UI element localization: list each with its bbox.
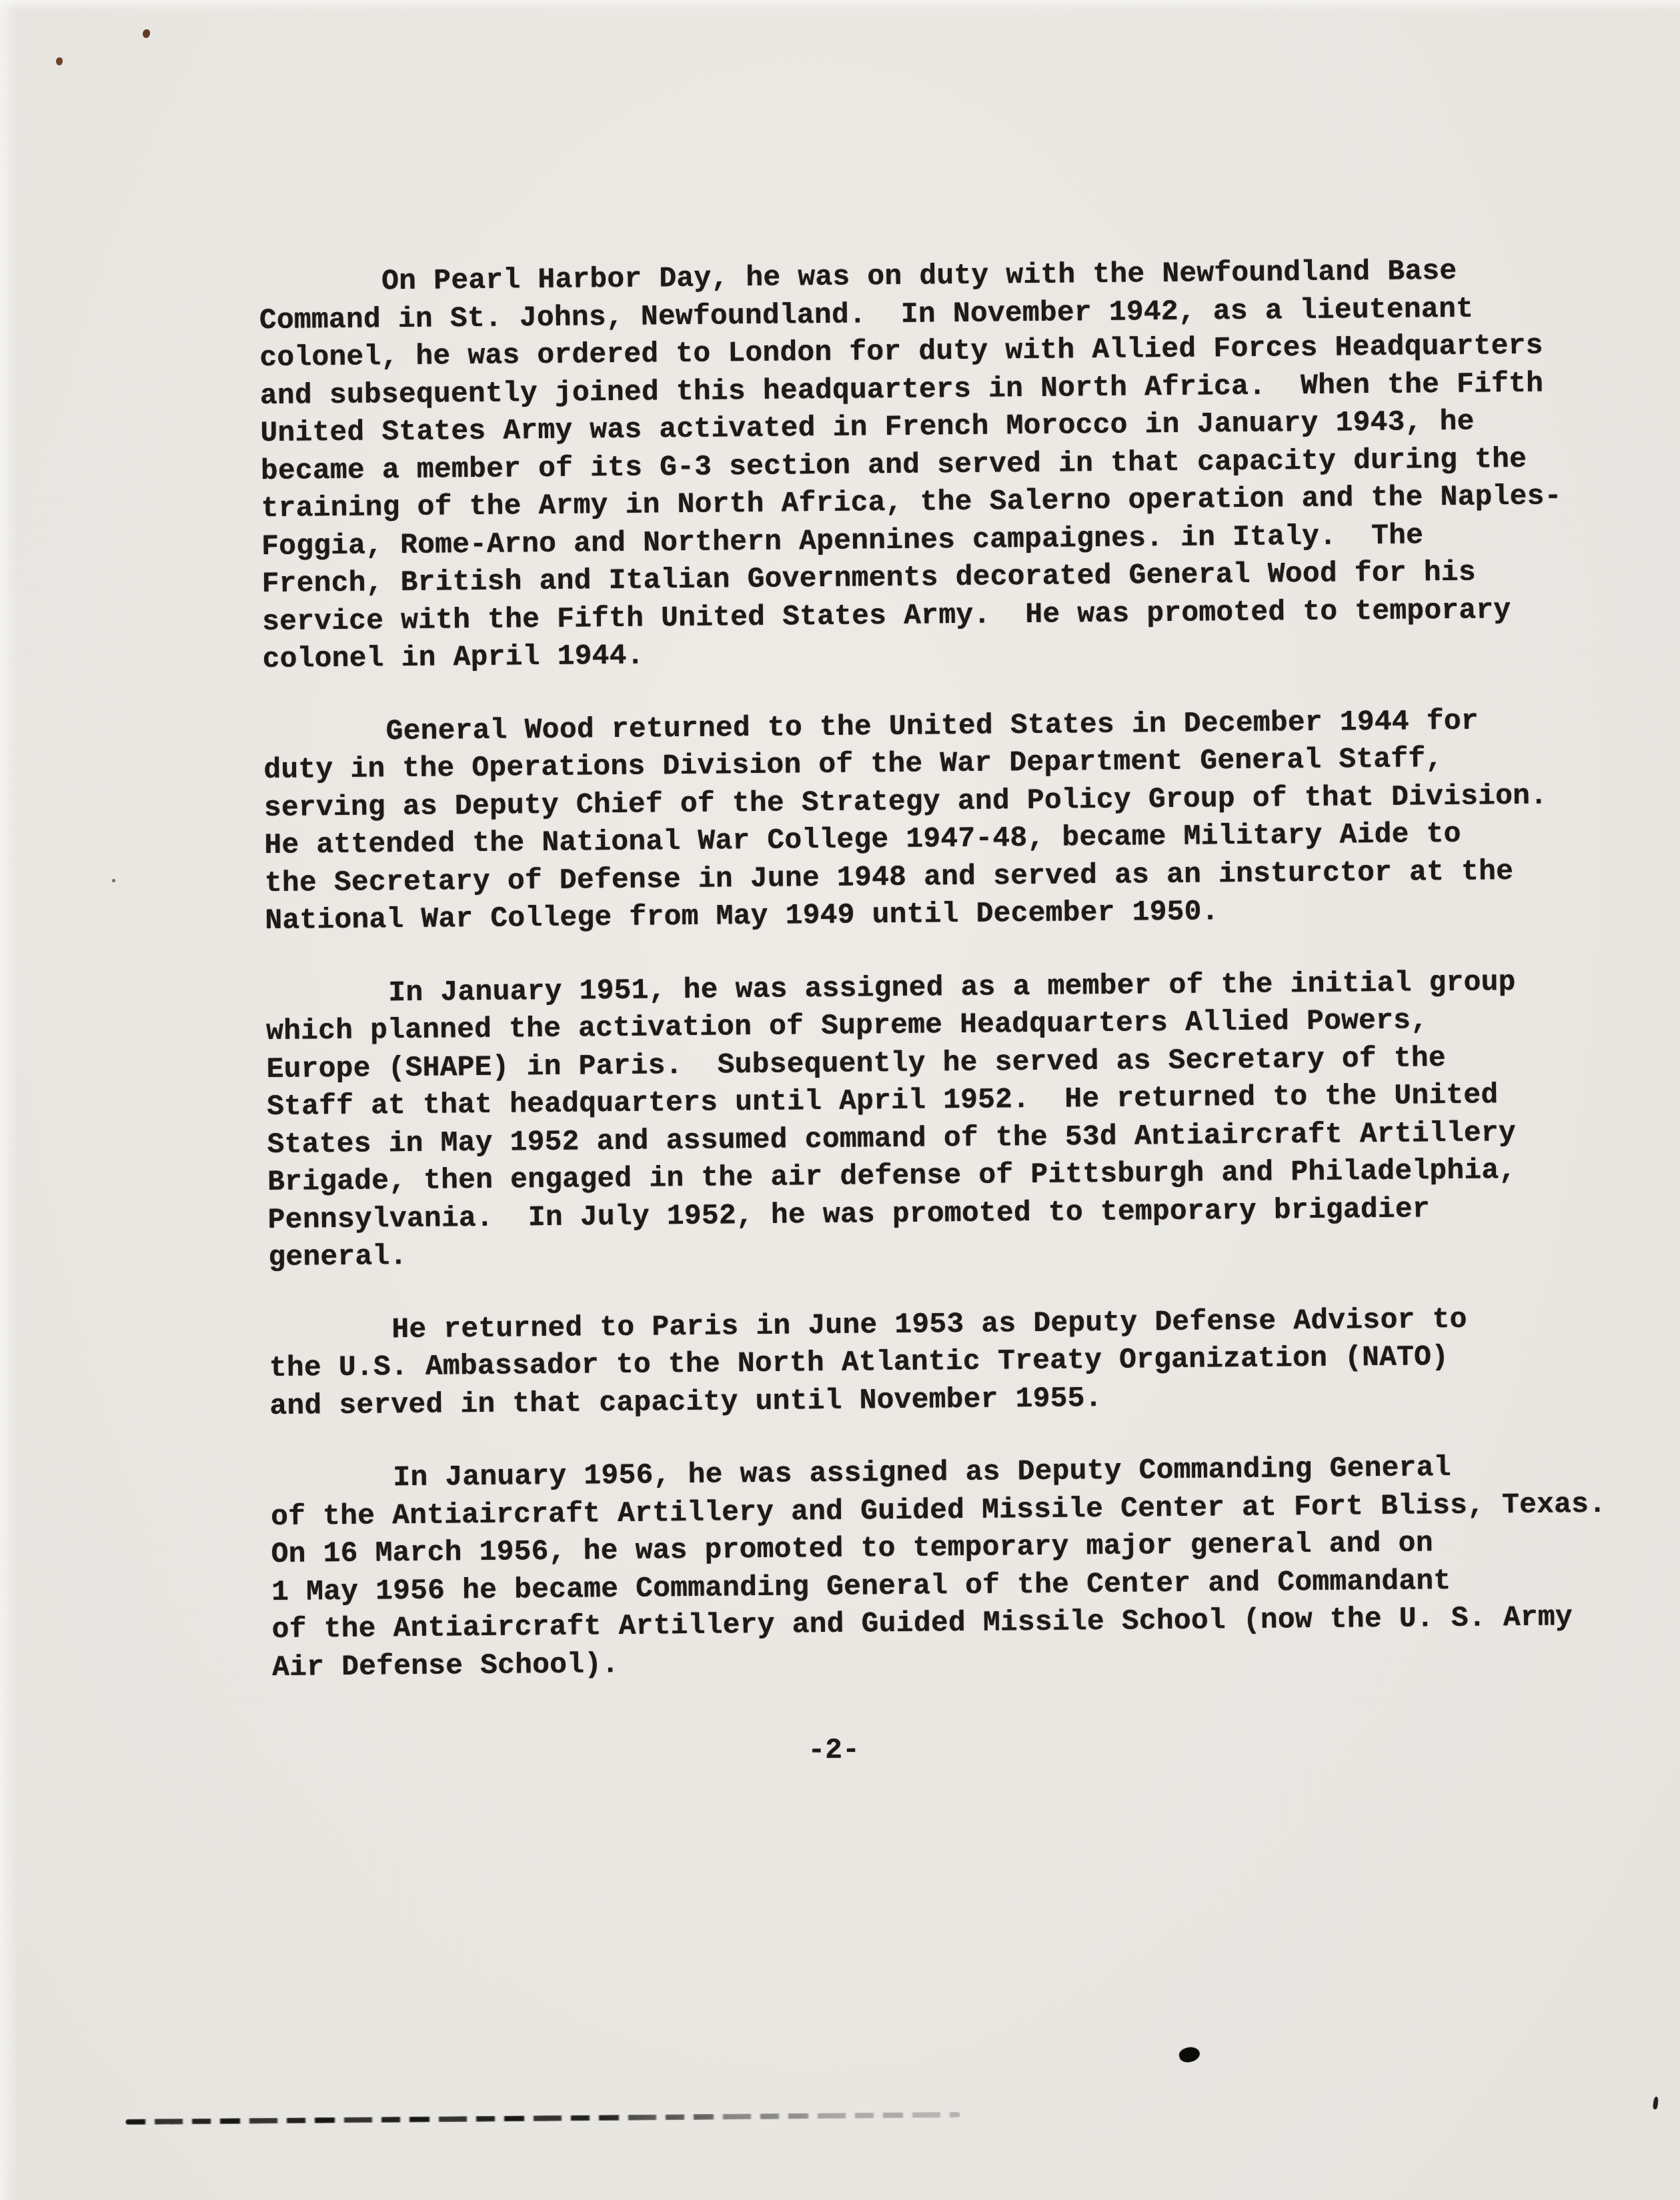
paragraph-2: General Wood returned to the United Stat…	[263, 701, 1599, 940]
scan-artifact-speck	[112, 879, 115, 882]
document-body: On Pearl Harbor Day, he was on duty with…	[259, 251, 1607, 1775]
scan-artifact-dashed-line	[125, 2112, 960, 2125]
paragraph-5: In January 1956, he was assigned as Depu…	[270, 1448, 1606, 1687]
scan-artifact-ink-dot	[1178, 2045, 1201, 2065]
scan-artifact-speck	[143, 29, 150, 38]
document-page: On Pearl Harbor Day, he was on duty with…	[0, 0, 1680, 2200]
paragraph-3: In January 1951, he was assigned as a me…	[265, 962, 1602, 1276]
scan-artifact-speck	[56, 57, 63, 65]
page-number: -2-	[273, 1725, 1607, 1775]
paragraph-4: He returned to Paris in June 1953 as Dep…	[269, 1299, 1604, 1425]
paragraph-1: On Pearl Harbor Day, he was on duty with…	[259, 251, 1597, 679]
scan-artifact-mark	[1653, 2097, 1659, 2110]
